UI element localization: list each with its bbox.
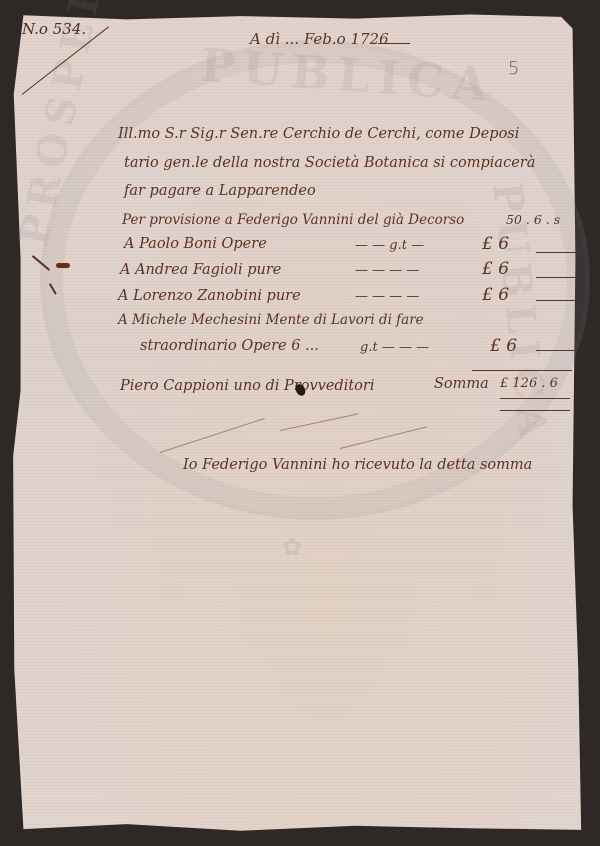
provision-line: Per provisione a Federigo Vannini del gi… <box>122 212 464 228</box>
scanned-document: PUBLICA PROSPERITA PUBLICA ✿ N.o 534. A … <box>0 0 600 846</box>
total-underline-2 <box>500 410 570 411</box>
entry-dash <box>536 350 576 351</box>
footer-note: Piero Cappioni uno di Provveditori <box>120 378 374 394</box>
entry-row-amount: £ 6 <box>482 259 509 279</box>
entry-row-amount: £ 6 <box>490 336 517 356</box>
catalog-number: N.o 534. <box>22 20 86 38</box>
total-value: £ 126 . 6 <box>500 376 558 391</box>
opening-line-1: Ill.mo S.r Sig.r Sen.re Cerchio de Cerch… <box>118 126 519 142</box>
total-rule <box>472 370 572 371</box>
total-label: Somma <box>434 376 489 392</box>
entry-row-name: A Paolo Boni Opere <box>124 236 267 252</box>
watermark-fleur-icon: ✿ <box>282 533 302 561</box>
entry-row-amount: £ 6 <box>482 234 509 254</box>
entry-dash <box>536 277 576 278</box>
header-date: A dì ... Feb.o 1726 <box>250 30 389 48</box>
provision-amount: 50 . 6 . s <box>506 212 560 227</box>
entry-row-name: A Michele Mechesini Mente di Lavori di f… <box>118 312 424 328</box>
entry-row-mid: — — — — <box>355 289 419 304</box>
date-underline <box>378 43 410 44</box>
entry-row-mid: — — g.t — <box>355 238 424 253</box>
entry-dash <box>536 300 576 301</box>
margin-ink-mark <box>56 263 70 268</box>
entry-row-amount: £ 6 <box>482 285 509 305</box>
opening-line-3: far pagare a Lapparendeo <box>124 183 316 199</box>
total-underline-1 <box>500 398 570 399</box>
entry-row-name: A Andrea Fagioli pure <box>120 262 281 278</box>
opening-line-2: tario gen.le della nostra Società Botani… <box>124 155 535 171</box>
page-number: 5 <box>508 58 519 79</box>
entry-row-name: straordinario Opere 6 ... <box>140 338 319 354</box>
entry-row-name: A Lorenzo Zanobini pure <box>118 288 301 304</box>
entry-row-mid: — — — — <box>355 263 419 278</box>
entry-row-mid: g.t — — — <box>360 340 429 355</box>
signature: Io Federigo Vannini ho ricevuto la detta… <box>183 457 532 473</box>
entry-dash <box>536 252 576 253</box>
